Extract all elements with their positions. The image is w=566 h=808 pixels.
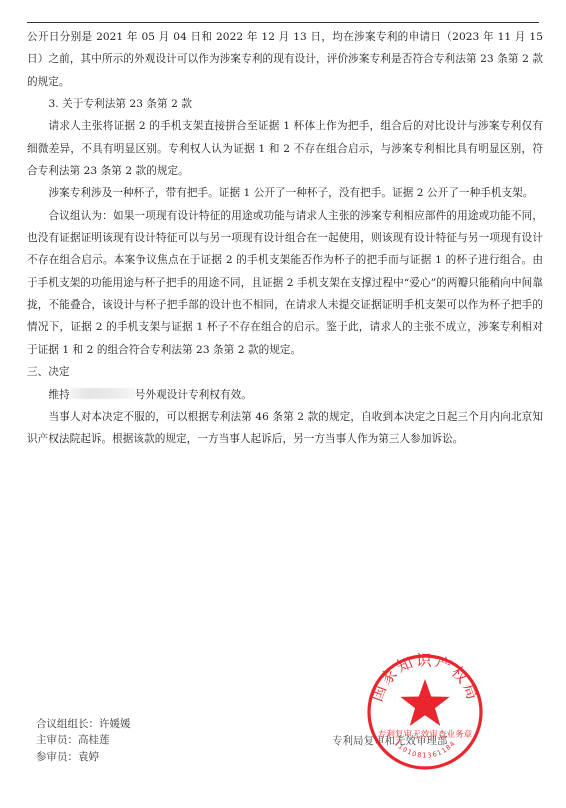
paragraph-requester-claim: 请求人主张将证据 2 的手机支架直接拼合至证据 1 杯体上作为把手，组合后的对比… (27, 115, 543, 182)
signature-lead-examiner: 主审员：高桂莲 (36, 732, 131, 748)
paragraph-evidence-summary: 涉案专利涉及一种杯子，带有把手。证据 1 公开了一种杯子，没有把手。证据 2 公… (27, 182, 543, 204)
svg-text:1101081361184: 1101081361184 (393, 739, 458, 760)
document-page: 公开日分别是 2021 年 05 月 04 日和 2022 年 12 月 13 … (0, 0, 566, 808)
subheading-article-23: 3. 关于专利法第 23 条第 2 款 (27, 93, 543, 115)
document-body: 公开日分别是 2021 年 05 月 04 日和 2022 年 12 月 13 … (27, 26, 543, 451)
section-heading-decision: 三、决定 (27, 361, 543, 383)
seal-inner-text: 专利复审无效审查业务章 (378, 728, 473, 740)
header-rule (27, 22, 539, 23)
paragraph-continuation: 公开日分别是 2021 年 05 月 04 日和 2022 年 12 月 13 … (27, 26, 543, 93)
decision-suffix: 号外观设计专利权有效。 (135, 389, 252, 401)
paragraph-appeal-notice: 当事人对本决定不服的，可以根据专利法第 46 条第 2 款的规定，自收到本决定之… (27, 406, 543, 451)
paragraph-panel-opinion: 合议组认为：如果一项现有设计特征的用途或功能与请求人主张的涉案专利相应部件的用途… (27, 205, 543, 361)
official-seal-icon: 国家知识产权局 专利复审无效审查业务章 1101081361184 (366, 653, 484, 771)
redacted-patent-number (70, 388, 135, 399)
signature-examiner: 参审员：袁婷 (36, 749, 131, 765)
paragraph-decision: 维持号外观设计专利权有效。 (27, 384, 543, 406)
signature-block: 合议组组长：许媛媛 主审员：高桂莲 参审员：袁婷 (36, 716, 131, 765)
signature-chief: 合议组组长：许媛媛 (36, 716, 131, 732)
seal-serial: 1101081361184 (393, 739, 458, 760)
decision-prefix: 维持 (49, 389, 70, 401)
